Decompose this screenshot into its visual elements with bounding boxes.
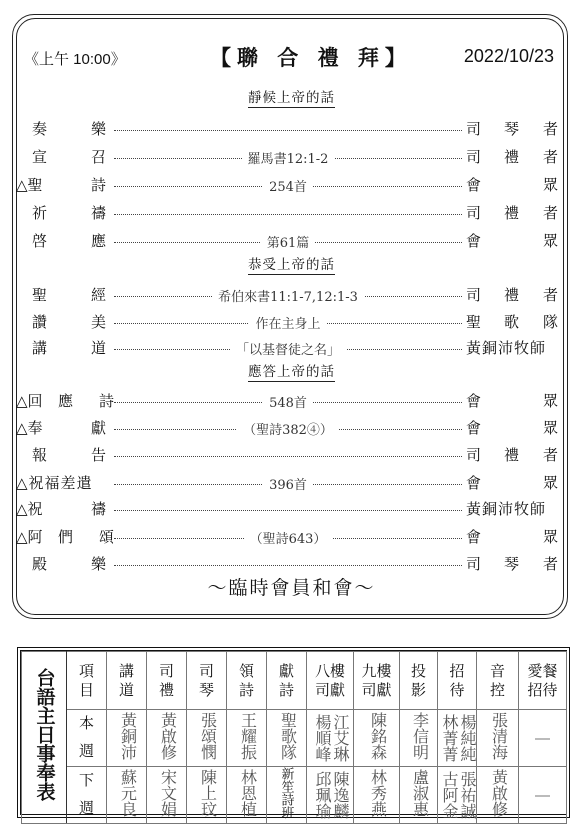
item-detail: 396首 <box>114 474 462 493</box>
item-label-part: △祝 <box>16 498 43 519</box>
item-role-part: 琴 <box>504 553 519 574</box>
duty-name-pair: 陳逸麟邱珮瑜 <box>307 771 353 819</box>
program-item: 聖經希伯來書11:1-7,12:1-3司禮者 <box>26 284 558 304</box>
item-label-part: △奉 <box>16 417 43 438</box>
item-role-part: 聖 <box>466 311 481 332</box>
item-role-part: 黃銅沛牧師 <box>466 498 546 519</box>
duty-cell: 陳逸麟邱珮瑜 <box>307 767 354 824</box>
item-leader-role: 聖歌隊 <box>466 311 558 331</box>
item-role-part: 眾 <box>543 417 558 438</box>
item-role-part: 眾 <box>543 230 558 251</box>
item-role-part: 者 <box>543 444 558 465</box>
duty-name: 楊純純 <box>458 714 474 762</box>
duty-name: 黃銅沛 <box>119 712 135 760</box>
item-role-part: 司 <box>466 118 481 139</box>
bulletin-header: 《上午 10:00》 【聯 合 禮 拜】 2022/10/23 <box>24 42 554 72</box>
duty-header-cell: 愛餐招待 <box>519 652 567 710</box>
dotted-leader <box>114 565 462 566</box>
item-detail-text: 希伯來書11:1-7,12:1-3 <box>212 290 364 305</box>
item-detail: （聖詩643） <box>114 528 462 547</box>
item-label: △聖詩 <box>26 174 114 194</box>
duty-cell: 黃銅沛 <box>107 710 147 767</box>
service-date: 2022/10/23 <box>464 46 554 67</box>
program-item: 奏樂司琴者 <box>26 118 558 138</box>
item-label-part: 們 <box>58 526 73 547</box>
item-leader-role: 司禮者 <box>466 146 558 166</box>
program-item: △阿們頌（聖詩643）會眾 <box>26 526 558 546</box>
item-role-part: 會 <box>466 526 481 547</box>
section-heading: 應答上帝的話 <box>0 360 583 380</box>
item-role-part: 會 <box>466 230 481 251</box>
duty-cell: 聖歌隊 <box>267 710 307 767</box>
item-role-part: 者 <box>543 284 558 305</box>
item-role-part: 禮 <box>504 202 519 223</box>
item-label-part: 講 <box>32 337 47 358</box>
section-heading: 恭受上帝的話 <box>0 253 583 273</box>
item-detail: （聖詩382④） <box>114 419 462 438</box>
duty-header-text: 八樓司獻 <box>313 662 347 700</box>
duty-header-text: 司禮 <box>158 662 176 700</box>
item-role-part: 者 <box>543 118 558 139</box>
item-role-part: 者 <box>543 146 558 167</box>
item-label-part: 詩 <box>99 390 114 411</box>
item-label: 讚美 <box>26 311 114 331</box>
dotted-leader <box>114 510 462 511</box>
duty-name: 蘇元良 <box>119 769 135 817</box>
item-role-part: 司 <box>466 202 481 223</box>
duty-header-cell: 領詩 <box>227 652 267 710</box>
item-role-part: 黃銅沛牧師 <box>466 337 546 358</box>
duty-header-text: 愛餐招待 <box>526 662 560 700</box>
item-label: △祝禱 <box>26 498 114 518</box>
item-role-part: 司 <box>466 284 481 305</box>
duty-header-text: 司琴 <box>198 662 216 700</box>
item-detail: 「以基督徒之名」 <box>114 339 462 358</box>
program-item: 宣召羅馬書12:1-2司禮者 <box>26 146 558 166</box>
item-detail: 254首 <box>114 176 462 195</box>
item-label-part: 宣 <box>32 146 47 167</box>
program-item: △聖詩254首會眾 <box>26 174 558 194</box>
item-detail-text: 396首 <box>263 478 313 493</box>
item-label: 報告 <box>26 444 114 464</box>
program-item: 讚美作在主身上聖歌隊 <box>26 311 558 331</box>
item-label: △阿們頌 <box>26 526 114 546</box>
duty-name: 盧淑惠 <box>411 769 427 817</box>
duty-week-label: 下週 <box>67 767 107 824</box>
item-role-part: 禮 <box>504 444 519 465</box>
duty-name: 江艾琳 <box>331 714 347 762</box>
duty-header-text: 音控 <box>489 662 507 700</box>
item-role-part: 眾 <box>543 526 558 547</box>
duty-header-text: 項目 <box>78 662 96 700</box>
dotted-leader <box>114 214 462 215</box>
service-time: 《上午 10:00》 <box>24 48 126 69</box>
duty-name: 林菁菁 <box>440 714 456 762</box>
duty-cell: 李信明 <box>400 710 438 767</box>
duty-name: 宋文娟 <box>159 769 175 817</box>
duty-name: 黃啟修 <box>490 769 506 817</box>
duty-row: 下週蘇元良宋文娟陳上玟林恩植新笙詩班陳逸麟邱珮瑜林秀燕盧淑惠張祐誠古阿金黃啟修— <box>22 767 567 824</box>
item-label: 聖經 <box>26 284 114 304</box>
duty-name: 楊順峰 <box>313 714 329 762</box>
item-role-part: 者 <box>543 553 558 574</box>
item-leader-role: 會眾 <box>466 230 558 250</box>
dotted-leader <box>114 456 462 457</box>
item-label: △回應詩 <box>26 390 114 410</box>
item-detail-text: （聖詩643） <box>244 532 333 547</box>
item-label-part: 應 <box>91 230 106 251</box>
item-role-part: 歌 <box>504 311 519 332</box>
item-label-part: 殿 <box>32 553 47 574</box>
duty-header-cell: 司禮 <box>147 652 187 710</box>
item-detail-text: 254首 <box>263 180 313 195</box>
section-heading-text: 靜候上帝的話 <box>248 90 335 108</box>
duty-header-text: 領詩 <box>238 662 256 700</box>
item-label-part: 告 <box>91 444 106 465</box>
program-item: 啓應第61篇會眾 <box>26 230 558 250</box>
program-item: △祝禱黃銅沛牧師 <box>26 498 558 518</box>
item-leader-role: 司禮者 <box>466 284 558 304</box>
item-label-part: 啓 <box>32 230 47 251</box>
item-label-part: △聖 <box>16 174 43 195</box>
item-detail: 羅馬書12:1-2 <box>114 148 462 167</box>
duty-row: 本週黃銅沛黃啟修張頌憫王耀振聖歌隊江艾琳楊順峰陳銘森李信明楊純純林菁菁張清海— <box>22 710 567 767</box>
item-label: 宣召 <box>26 146 114 166</box>
program-item: △祝福差遣396首會眾 <box>26 472 558 492</box>
item-role-part: 禮 <box>504 146 519 167</box>
section-heading-text: 恭受上帝的話 <box>248 257 335 275</box>
duty-header-cell: 九樓司獻 <box>354 652 400 710</box>
item-label-part: 讚 <box>32 311 47 332</box>
duty-week-text: 本週 <box>79 710 95 766</box>
item-detail: 希伯來書11:1-7,12:1-3 <box>114 286 462 305</box>
item-label: 講道 <box>26 337 114 357</box>
item-role-part: 隊 <box>543 311 558 332</box>
item-detail: 第61篇 <box>114 232 462 251</box>
section-heading-text: 應答上帝的話 <box>248 364 335 382</box>
duty-cell: 張清海 <box>477 710 519 767</box>
duty-name: 古阿金 <box>440 771 456 819</box>
item-leader-role: 黃銅沛牧師 <box>466 337 558 357</box>
item-label: 啓應 <box>26 230 114 250</box>
duty-header-text: 講道 <box>118 662 136 700</box>
item-role-part: 司 <box>466 553 481 574</box>
duty-week-text: 下週 <box>79 767 95 823</box>
item-label-part: 禱 <box>91 498 106 519</box>
item-label-part: 報 <box>32 444 47 465</box>
item-label-part: 樂 <box>91 118 106 139</box>
item-label-part: 禱 <box>91 202 106 223</box>
roster-title: 台語主日事奉表 <box>22 652 67 824</box>
item-label: 祈禱 <box>26 202 114 222</box>
item-detail: 作在主身上 <box>114 313 462 332</box>
item-label-part: △回 <box>16 390 43 411</box>
duty-cell: 陳上玟 <box>187 767 227 824</box>
duty-cell: 林秀燕 <box>354 767 400 824</box>
item-label: 奏樂 <box>26 118 114 138</box>
duty-header-cell: 八樓司獻 <box>307 652 354 710</box>
duty-roster-table: 台語主日事奉表項目講道司禮司琴領詩獻詩八樓司獻九樓司獻投影招待音控愛餐招待本週黃… <box>17 647 570 818</box>
item-role-part: 琴 <box>504 118 519 139</box>
item-detail-text: 第61篇 <box>261 236 316 251</box>
duty-name: 王耀振 <box>239 712 255 760</box>
item-role-part: 司 <box>466 146 481 167</box>
duty-header-cell: 司琴 <box>187 652 227 710</box>
item-label-part: 召 <box>91 146 106 167</box>
item-leader-role: 會眾 <box>466 417 558 437</box>
duty-cell: 楊純純林菁菁 <box>438 710 477 767</box>
item-detail-text: 「以基督徒之名」 <box>230 343 346 358</box>
item-role-part: 會 <box>466 174 481 195</box>
duty-cell: — <box>519 767 567 824</box>
duty-name: 林恩植 <box>239 769 255 817</box>
duty-cell: 陳銘森 <box>354 710 400 767</box>
duty-name: 李信明 <box>411 712 427 760</box>
item-label-part: 應 <box>58 390 73 411</box>
dotted-leader <box>114 130 462 131</box>
item-leader-role: 會眾 <box>466 174 558 194</box>
duty-name: 張祐誠 <box>458 771 474 819</box>
item-label-part: 美 <box>91 311 106 332</box>
duty-name: 聖歌隊 <box>279 712 295 760</box>
item-label-part: 聖 <box>32 284 47 305</box>
empty-dash: — <box>535 730 550 747</box>
item-label-part: △阿 <box>16 526 43 547</box>
item-detail-text: 548首 <box>263 396 313 411</box>
duty-name-pair: 楊純純林菁菁 <box>438 714 476 762</box>
item-label: △奉獻 <box>26 417 114 437</box>
duty-cell: 張頌憫 <box>187 710 227 767</box>
duty-name: 新笙詩班 <box>279 767 295 819</box>
duty-cell: 黃啟修 <box>147 710 187 767</box>
duty-name: 林秀燕 <box>369 769 385 817</box>
program-item: 殿樂司琴者 <box>26 553 558 573</box>
duty-header-cell: 音控 <box>477 652 519 710</box>
duty-header-cell: 獻詩 <box>267 652 307 710</box>
program-item: 講道「以基督徒之名」黃銅沛牧師 <box>26 337 558 357</box>
duty-name: 邱珮瑜 <box>313 771 329 819</box>
item-leader-role: 會眾 <box>466 526 558 546</box>
item-label: △祝福差遣 <box>26 472 114 492</box>
item-leader-role: 會眾 <box>466 390 558 410</box>
item-label: 殿樂 <box>26 553 114 573</box>
item-detail-text: 作在主身上 <box>249 317 326 332</box>
duty-header-cell: 講道 <box>107 652 147 710</box>
duty-name-pair: 張祐誠古阿金 <box>438 771 476 819</box>
item-label-part: △祝福差遣 <box>16 472 93 493</box>
item-role-part: 司 <box>466 444 481 465</box>
program-item: 報告司禮者 <box>26 444 558 464</box>
duty-cell: — <box>519 710 567 767</box>
item-label-part: 道 <box>91 337 106 358</box>
duty-cell: 新笙詩班 <box>267 767 307 824</box>
duty-cell: 蘇元良 <box>107 767 147 824</box>
duty-name: 陳逸麟 <box>331 771 347 819</box>
duty-header-row: 台語主日事奉表項目講道司禮司琴領詩獻詩八樓司獻九樓司獻投影招待音控愛餐招待 <box>22 652 567 710</box>
duty-cell: 張祐誠古阿金 <box>438 767 477 824</box>
item-role-part: 會 <box>466 390 481 411</box>
item-leader-role: 司禮者 <box>466 202 558 222</box>
item-role-part: 者 <box>543 202 558 223</box>
item-role-part: 禮 <box>504 284 519 305</box>
duty-cell: 黃啟修 <box>477 767 519 824</box>
duty-header-cell: 項目 <box>67 652 107 710</box>
item-label-part: 詩 <box>91 174 106 195</box>
duty-week-label: 本週 <box>67 710 107 767</box>
duty-header-text: 九樓司獻 <box>360 662 394 700</box>
item-label-part: 頌 <box>99 526 114 547</box>
duty-header-text: 獻詩 <box>278 662 296 700</box>
duty-header-cell: 投影 <box>400 652 438 710</box>
duty-cell: 宋文娟 <box>147 767 187 824</box>
item-label-part: 樂 <box>91 553 106 574</box>
program-item: △回應詩548首會眾 <box>26 390 558 410</box>
item-role-part: 眾 <box>543 174 558 195</box>
duty-header-text: 投影 <box>410 662 428 700</box>
program-item: △奉獻（聖詩382④）會眾 <box>26 417 558 437</box>
duty-name: 黃啟修 <box>159 712 175 760</box>
duty-name: 陳上玟 <box>199 769 215 817</box>
item-detail-text: 羅馬書12:1-2 <box>242 152 335 167</box>
item-leader-role: 司禮者 <box>466 444 558 464</box>
roster-title-text: 台語主日事奉表 <box>33 668 56 801</box>
item-detail: 548首 <box>114 392 462 411</box>
duty-name: 張清海 <box>490 712 506 760</box>
item-leader-role: 會眾 <box>466 472 558 492</box>
item-role-part: 眾 <box>543 472 558 493</box>
item-label-part: 經 <box>91 284 106 305</box>
meeting-note: ～臨時會員和會～ <box>0 573 583 600</box>
duty-cell: 盧淑惠 <box>400 767 438 824</box>
item-leader-role: 司琴者 <box>466 118 558 138</box>
program-item: 祈禱司禮者 <box>26 202 558 222</box>
duty-header-text: 招待 <box>448 662 466 700</box>
duty-header-cell: 招待 <box>438 652 477 710</box>
duty-name: 陳銘森 <box>369 712 385 760</box>
section-heading: 靜候上帝的話 <box>0 86 583 106</box>
item-label-part: 獻 <box>91 417 106 438</box>
duty-name: 張頌憫 <box>199 712 215 760</box>
duty-name-pair: 江艾琳楊順峰 <box>307 714 353 762</box>
item-role-part: 會 <box>466 472 481 493</box>
item-role-part: 眾 <box>543 390 558 411</box>
duty-cell: 王耀振 <box>227 710 267 767</box>
service-title: 【聯 合 禮 拜】 <box>210 42 412 72</box>
item-leader-role: 司琴者 <box>466 553 558 573</box>
empty-dash: — <box>535 787 550 804</box>
duty-cell: 林恩植 <box>227 767 267 824</box>
item-leader-role: 黃銅沛牧師 <box>466 498 558 518</box>
item-label-part: 奏 <box>32 118 47 139</box>
duty-cell: 江艾琳楊順峰 <box>307 710 354 767</box>
item-label-part: 祈 <box>32 202 47 223</box>
item-role-part: 會 <box>466 417 481 438</box>
item-detail-text: （聖詩382④） <box>237 423 339 438</box>
